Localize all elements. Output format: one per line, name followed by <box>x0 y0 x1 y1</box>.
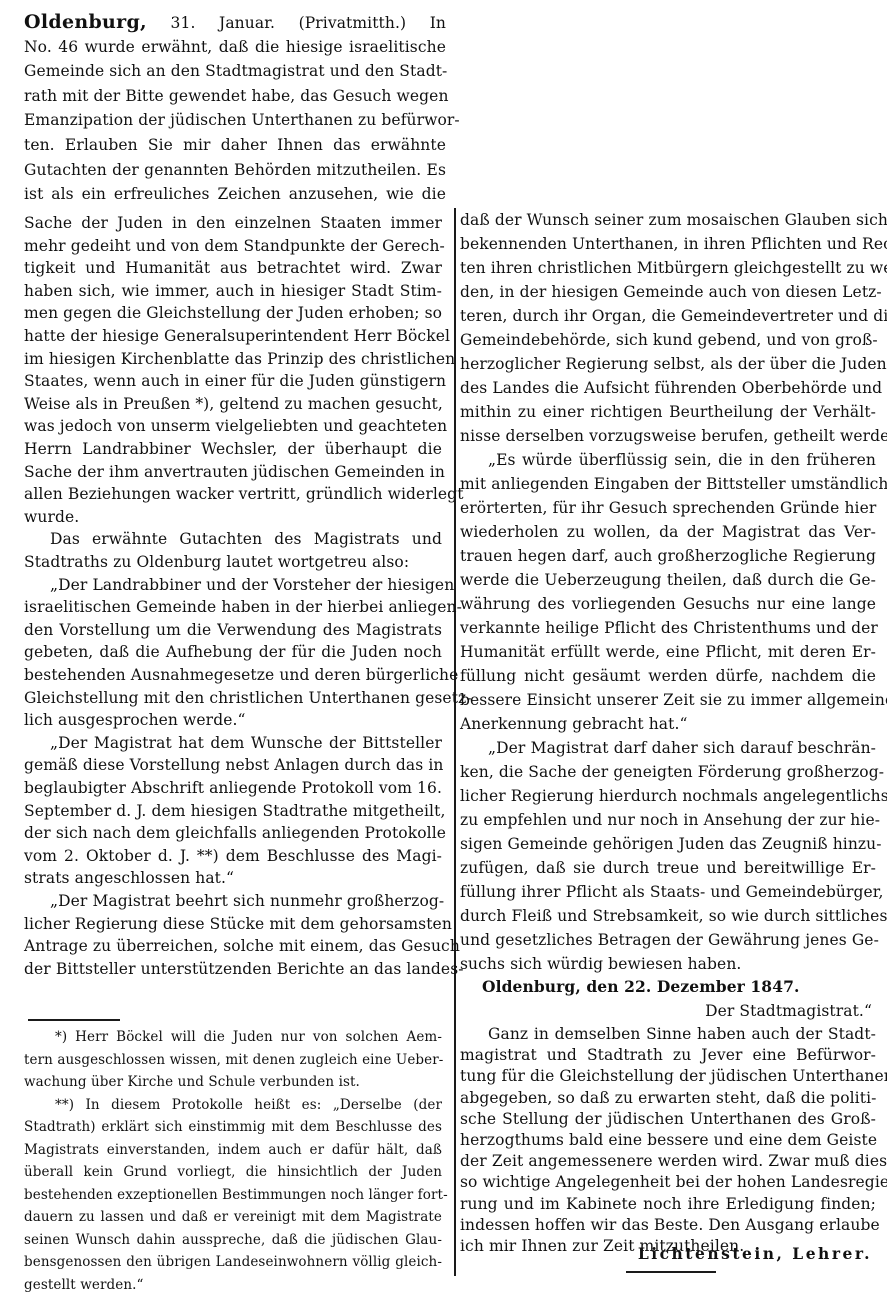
body-line: was jedoch von unserm vielgeliebten und … <box>24 415 442 438</box>
postscript-line: der Zeit angemessenere werden wird. Zwar… <box>460 1150 876 1172</box>
body-line: herzoglicher Regierung selbst, als der ü… <box>460 351 876 377</box>
body-line: haben sich, wie immer, auch in hiesiger … <box>24 280 442 303</box>
body-line: beglaubigter Abschrift anliegende Protok… <box>24 777 442 800</box>
dateline: Oldenburg, 31. Januar. (Privatmitth.) In <box>24 10 446 34</box>
body-line: füllung ihrer Pflicht als Staats- und Ge… <box>460 879 876 905</box>
body-line: Anerkennung gebracht hat.“ <box>460 711 876 737</box>
postscript-line: tung für die Gleichstellung der jüdische… <box>460 1065 876 1087</box>
footnote-line: dauern zu lassen und daß er vereinigt mi… <box>24 1206 442 1229</box>
dateline-source: (Privatmitth.) <box>299 14 407 32</box>
body-line: werde die Ueberzeugung theilen, daß durc… <box>460 567 876 593</box>
closing-signature: Der Stadtmagistrat.“ <box>460 998 872 1024</box>
postscript-line: abgegeben, so daß zu erwarten steht, daß… <box>460 1087 876 1109</box>
postscript-line: so wichtige Angelegenheit bei der hohen … <box>460 1171 876 1193</box>
body-line: im hiesigen Kirchenblatte das Prinzip de… <box>24 348 442 371</box>
body-line: „Es würde überflüssig sein, die in den f… <box>488 447 876 473</box>
body-line: Sache der Juden in den einzelnen Staaten… <box>24 212 442 235</box>
footnote-line: wachung über Kirche und Schule verbunden… <box>24 1071 442 1094</box>
postscript-line: rung und im Kabinete noch ihre Erledigun… <box>460 1193 876 1215</box>
body-line: Herrn Landrabbiner Wechsler, der überhau… <box>24 438 442 461</box>
footnote-line: seinen Wunsch dahin ausspreche, daß die … <box>24 1229 442 1252</box>
body-line: erörterten, für ihr Gesuch sprechenden G… <box>460 495 876 521</box>
body-line: vom 2. Oktober d. J. **) dem Beschlusse … <box>24 845 442 868</box>
body-line: währung des vorliegenden Gesuchs nur ein… <box>460 591 876 617</box>
body-line: Stadtraths zu Oldenburg lautet wortgetre… <box>24 551 442 574</box>
body-line: Humanität erfüllt werde, eine Pflicht, m… <box>460 639 876 665</box>
body-line: „Der Magistrat hat dem Wunsche der Bitts… <box>50 732 442 755</box>
intro-line: Gemeinde sich an den Stadtmagistrat und … <box>24 59 446 83</box>
body-line: men gegen die Gleichstellung der Juden e… <box>24 302 442 325</box>
body-line: allen Beziehungen wacker vertritt, gründ… <box>24 483 442 506</box>
body-line: bestehenden Ausnahmegesetze und deren bü… <box>24 664 442 687</box>
postscript-line: indessen hoffen wir das Beste. Den Ausga… <box>460 1214 876 1236</box>
body-line: licher Regierung diese Stücke mit dem ge… <box>24 913 442 936</box>
body-line: Weise als in Preußen *), geltend zu mach… <box>24 393 442 416</box>
body-line: den, in der hiesigen Gemeinde auch von d… <box>460 279 876 305</box>
postscript-line: sche Stellung der jüdischen Unterthanen … <box>460 1108 876 1130</box>
body-line: licher Regierung hierdurch nochmals ange… <box>460 783 876 809</box>
body-line: lich ausgesprochen werde.“ <box>24 709 442 732</box>
postscript-line: Ganz in demselben Sinne haben auch der S… <box>488 1023 876 1045</box>
body-line: daß der Wunsch seiner zum mosaischen Gla… <box>460 207 876 233</box>
intro-line: ten. Erlauben Sie mir daher Ihnen das er… <box>24 133 446 157</box>
body-line: mehr gedeiht und von dem Standpunkte der… <box>24 235 442 258</box>
body-line: strats angeschlossen hat.“ <box>24 867 442 890</box>
footnote-line: tern ausgeschlossen wissen, mit denen zu… <box>24 1049 442 1072</box>
body-line: nisse derselben vorzugsweise berufen, ge… <box>460 423 876 449</box>
body-line: Gemeindebehörde, sich kund gebend, und v… <box>460 327 876 353</box>
body-line: teren, durch ihr Organ, die Gemeindevert… <box>460 303 876 329</box>
body-line: gebeten, daß die Aufhebung der für die J… <box>24 641 442 664</box>
body-line: der sich nach dem gleichfalls anliegende… <box>24 822 442 845</box>
body-line: Gleichstellung mit den christlichen Unte… <box>24 687 442 710</box>
body-line: verkannte heilige Pflicht des Christenth… <box>460 615 876 641</box>
closing-date: Oldenburg, den 22. Dezember 1847. <box>482 974 876 1000</box>
body-line: tigkeit und Humanität aus betrachtet wir… <box>24 257 442 280</box>
body-line: durch Fleiß und Strebsamkeit, so wie dur… <box>460 903 876 929</box>
footnote-line: bestehenden exzeptionellen Bestimmungen … <box>24 1184 442 1207</box>
body-line: zufügen, daß sie durch treue und bereitw… <box>460 855 876 881</box>
footnote-line: Stadtrath) erklärt sich einstimmig mit d… <box>24 1116 442 1139</box>
dateline-date: 31. Januar. <box>171 14 276 32</box>
postscript-line: magistrat und Stadtrath zu Jever eine Be… <box>460 1044 876 1066</box>
body-line: mithin zu einer richtigen Beurtheilung d… <box>460 399 876 425</box>
body-line: sigen Gemeinde gehörigen Juden das Zeugn… <box>460 831 876 857</box>
body-line: Staates, wenn auch in einer für die Jude… <box>24 370 442 393</box>
body-line: israelitischen Gemeinde haben in der hie… <box>24 596 442 619</box>
postscript-line: herzogthums bald eine bessere und eine d… <box>460 1129 876 1151</box>
intro-line: ist als ein erfreuliches Zeichen anzuseh… <box>24 182 446 206</box>
intro-line: rath mit der Bitte gewendet habe, das Ge… <box>24 84 446 108</box>
body-line: bekennenden Unterthanen, in ihren Pflich… <box>460 231 876 257</box>
body-line: wurde. <box>24 506 442 529</box>
dateline-place: Oldenburg, <box>24 11 147 33</box>
body-line: „Der Magistrat beehrt sich nunmehr großh… <box>50 890 442 913</box>
intro-line: Emanzipation der jüdischen Unterthanen z… <box>24 108 446 132</box>
author-signature: Lichtenstein, Lehrer. <box>460 1242 872 1266</box>
body-line: mit anliegenden Eingaben der Bittsteller… <box>460 471 876 497</box>
body-line: ken, die Sache der geneigten Förderung g… <box>460 759 876 785</box>
footnote-line: gestellt werden.“ <box>24 1274 442 1297</box>
footnote-line: bensgenossen den übrigen Landeseinwohner… <box>24 1251 442 1274</box>
body-line: bessere Einsicht unserer Zeit sie zu imm… <box>460 687 876 713</box>
body-line: den Vorstellung um die Verwendung des Ma… <box>24 619 442 642</box>
body-line: Antrage zu überreichen, solche mit einem… <box>24 935 442 958</box>
body-line: ten ihren christlichen Mitbürgern gleich… <box>460 255 876 281</box>
body-line: September d. J. dem hiesigen Stadtrathe … <box>24 800 442 823</box>
footnote-line: **) In diesem Protokolle heißt es: „Ders… <box>55 1094 442 1117</box>
body-line: der Bittsteller unterstützenden Berichte… <box>24 958 442 981</box>
newspaper-page: Oldenburg, 31. Januar. (Privatmitth.) In… <box>0 0 887 1304</box>
body-line: Sache der ihm anvertrauten jüdischen Gem… <box>24 461 442 484</box>
body-line: Das erwähnte Gutachten des Magistrats un… <box>50 528 442 551</box>
body-line: wiederholen zu wollen, da der Magistrat … <box>460 519 876 545</box>
footnote-line: Magistrats einverstanden, indem auch er … <box>24 1139 442 1162</box>
body-line: zu empfehlen und nur noch in Ansehung de… <box>460 807 876 833</box>
intro-line: No. 46 wurde erwähnt, daß die hiesige is… <box>24 35 446 59</box>
footnote-line: überall kein Grund vorliegt, die hinsich… <box>24 1161 442 1184</box>
body-line: „Der Magistrat darf daher sich darauf be… <box>488 735 876 761</box>
body-line: füllung nicht gesäumt werden dürfe, nach… <box>460 663 876 689</box>
body-line: hatte der hiesige Generalsuperintendent … <box>24 325 442 348</box>
body-line: „Der Landrabbiner und der Vorsteher der … <box>50 574 442 597</box>
body-line: gemäß diese Vorstellung nebst Anlagen du… <box>24 754 442 777</box>
footnote-line: *) Herr Böckel will die Juden nur von so… <box>55 1026 442 1049</box>
column-divider <box>454 208 456 1276</box>
body-line: und gesetzliches Betragen der Gewährung … <box>460 927 876 953</box>
body-line: trauen hegen darf, auch großherzogliche … <box>460 543 876 569</box>
end-of-article-rule <box>626 1271 716 1273</box>
intro-line: In <box>430 14 446 32</box>
body-line: des Landes die Aufsicht führenden Oberbe… <box>460 375 876 401</box>
intro-line: Gutachten der genannten Behörden mitzuth… <box>24 158 446 182</box>
footnote-separator <box>28 1019 120 1021</box>
